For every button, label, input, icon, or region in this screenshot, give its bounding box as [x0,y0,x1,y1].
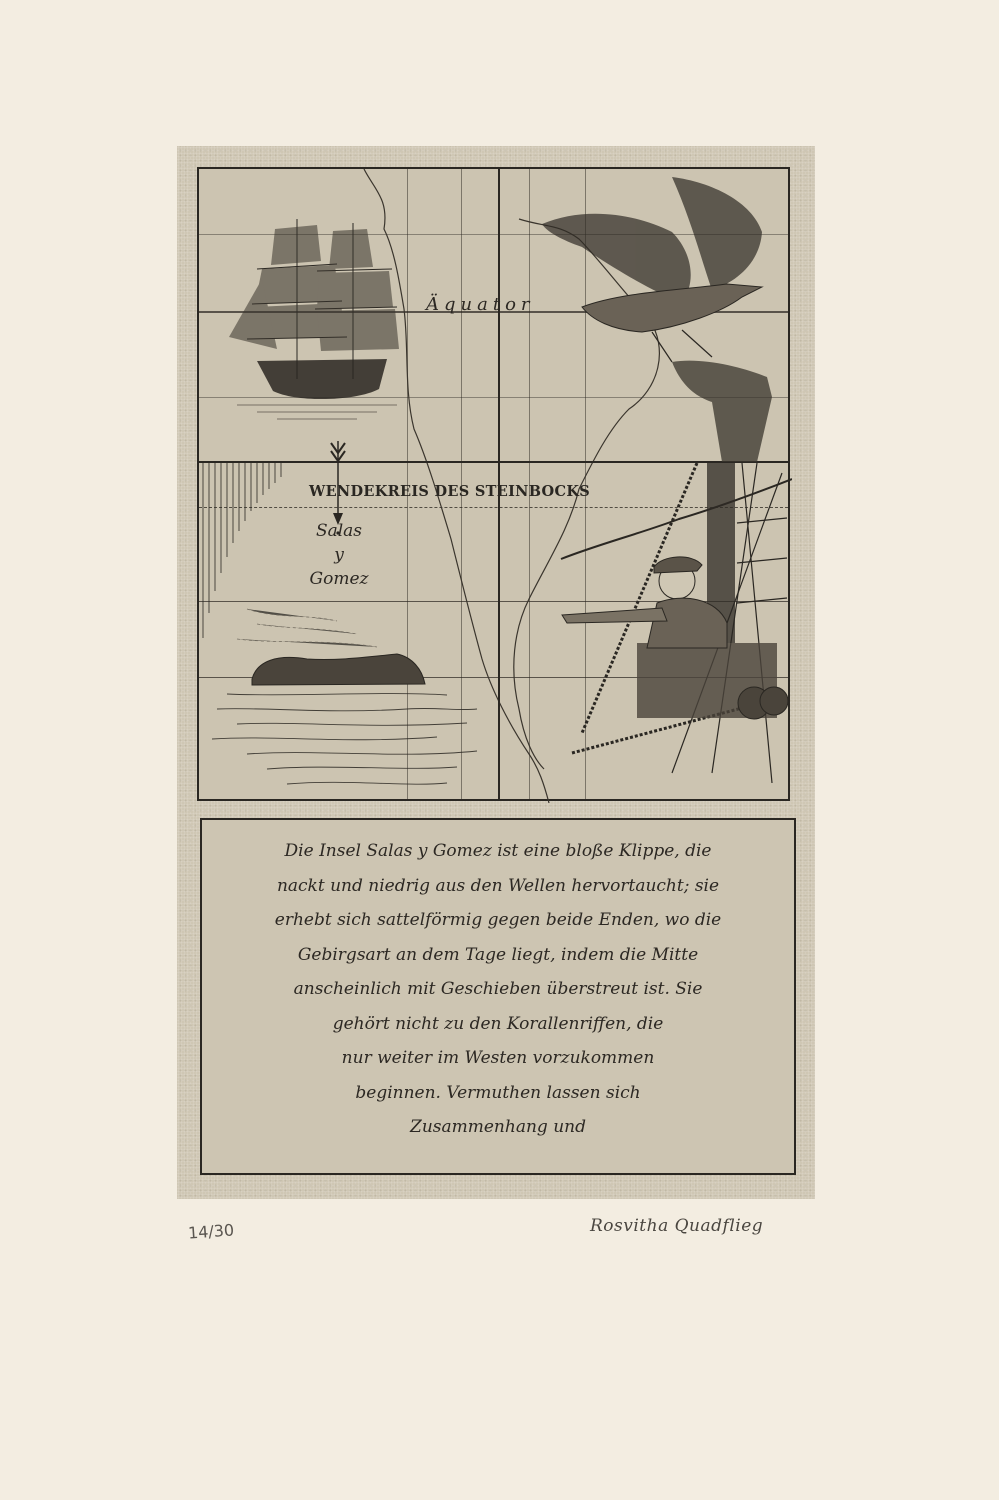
seabird-illustration [522,172,792,462]
map-illustration-panel: Äquator WENDEKREIS DES STEINBO [197,167,790,801]
caption-line: Die Insel Salas y Gomez ist eine bloße K… [232,834,764,869]
caption-paragraph: Die Insel Salas y Gomez ist eine bloße K… [232,834,764,1145]
rocky-island-illustration [207,599,497,799]
caption-line: Gebirgsart an dem Tage liegt, indem die … [232,938,764,973]
island-name-line: y [334,545,344,565]
caption-line: nackt und niedrig aus den Wellen hervort… [232,869,764,904]
caption-line: erhebt sich sattelförmig gegen beide End… [232,903,764,938]
equator-label: Äquator [426,294,535,315]
island-name-line: Salas [316,521,362,541]
caption-line: beginnen. Vermuthen lassen sich [232,1076,764,1111]
edition-number: 14/30 [187,1220,234,1242]
caption-line: anscheinlich mit Geschieben überstreut i… [232,972,764,1007]
island-name-label: Salas y Gomez [299,519,379,591]
caption-text-box: Die Insel Salas y Gomez ist eine bloße K… [200,818,796,1175]
artist-signature: Rosvitha Quadflieg [590,1216,763,1236]
island-name-line: Gomez [310,569,369,589]
caption-line: gehört nicht zu den Korallenriffen, die [232,1007,764,1042]
sailor-crows-nest-illustration [542,463,792,803]
caption-line: Zusammenhang und [232,1110,764,1145]
caption-line: nur weiter im Westen vorzukommen [232,1041,764,1076]
sailing-ship-illustration [217,209,407,439]
